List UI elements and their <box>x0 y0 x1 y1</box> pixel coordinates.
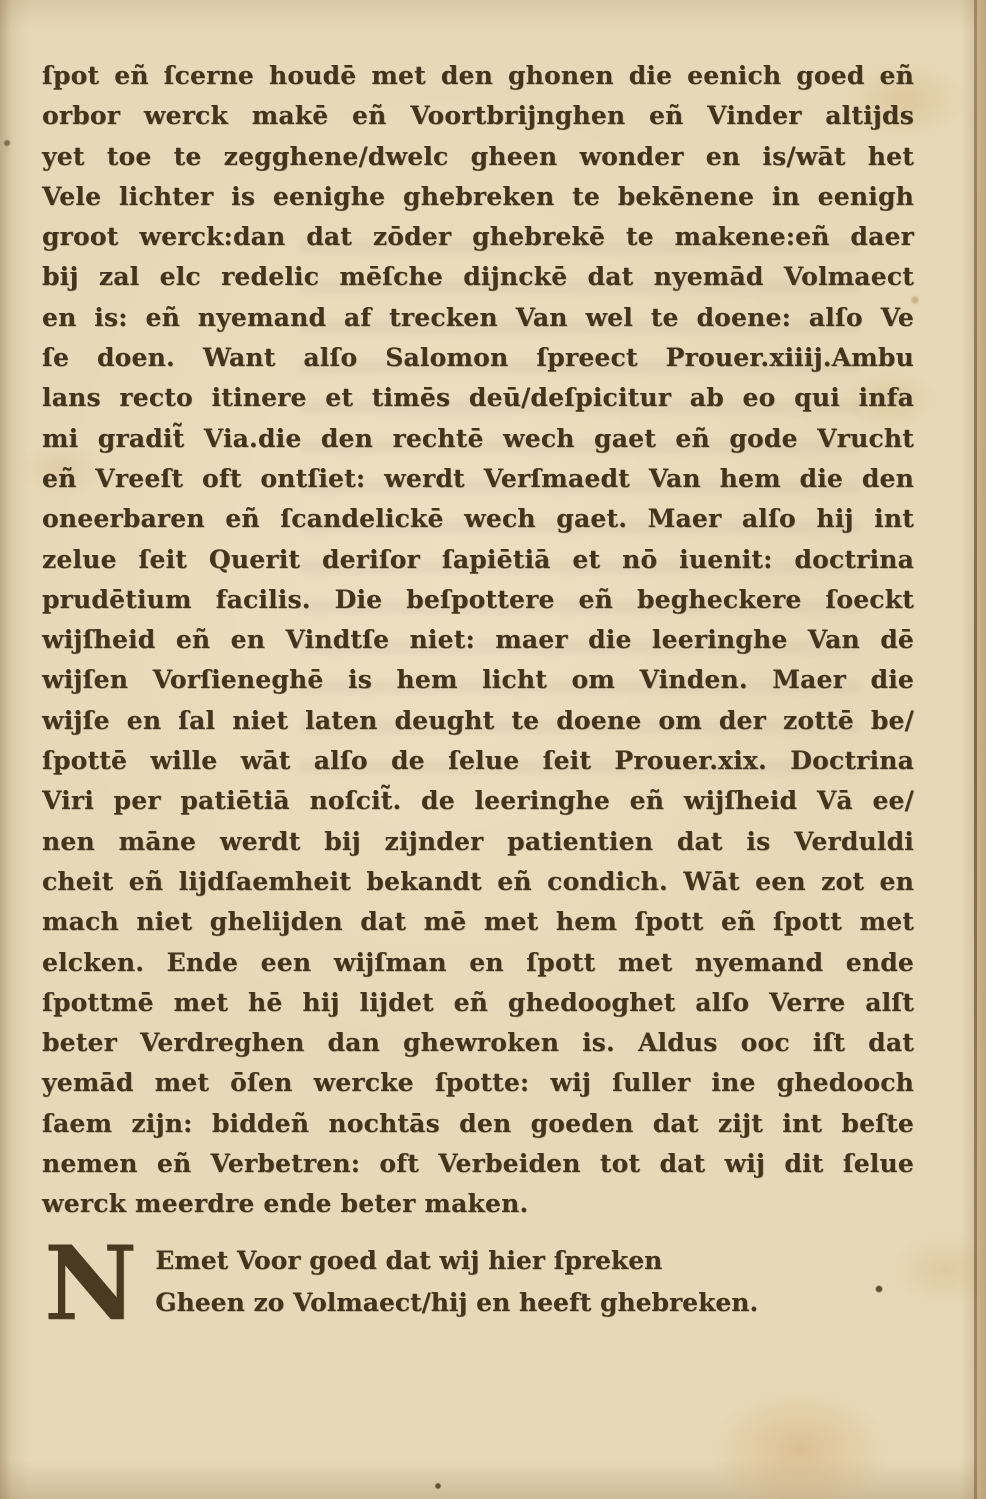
text-line: bij zal elc redelic mēſche dijnckē dat n… <box>42 257 914 297</box>
text-block: ſpot eñ ſcerne houdē met den ghonen die … <box>42 56 914 1225</box>
text-line: ſe doen. Want alſo Salomon ſpreect Proue… <box>42 338 914 378</box>
text-line: en is: eñ nyemand af trecken Van wel te … <box>42 298 914 338</box>
text-line: yemād met ōſen wercke ſpotte: wij ſuller… <box>42 1063 914 1103</box>
text-line: lans recto itinere et timēs deū/deſpicit… <box>42 378 914 418</box>
text-line: ſpottē wille wāt alſo de ſelue ſeit Prou… <box>42 741 914 781</box>
text-line: wijſen Vorſieneghē is hem licht om Vinde… <box>42 660 914 700</box>
text-line: ſpot eñ ſcerne houdē met den ghonen die … <box>42 56 914 96</box>
text-line: mi gradit̃ Via.die den rechtē wech gaet … <box>42 419 914 459</box>
page-edge <box>974 0 977 1499</box>
text-line: ſpottmē met hē hij lijdet eñ ghedooghet … <box>42 983 914 1023</box>
closing-line: Gheen zo Volmaect/hij en heeft ghebreken… <box>44 1282 916 1324</box>
closing-lines: Emet Voor goed dat wij hier ſprekenGheen… <box>44 1240 916 1324</box>
text-line: mach niet ghelijden dat mē met hem ſpott… <box>42 902 914 942</box>
text-line: eñ Vreeſt oft ontſiet: werdt Verſmaedt V… <box>42 459 914 499</box>
text-line: nen māne werdt bij zijnder patientien da… <box>42 822 914 862</box>
text-line: ſaem zijn: biddeñ nochtās den goeden dat… <box>42 1104 914 1144</box>
closing-paragraph: N Emet Voor goed dat wij hier ſprekenGhe… <box>44 1240 916 1330</box>
text-line: elcken. Ende een wijſman en ſpott met ny… <box>42 943 914 983</box>
book-page-scan: ſpot eñ ſcerne houdē met den ghonen die … <box>0 0 986 1499</box>
text-line: wijſheid eñ en Vindtſe niet: maer die le… <box>42 620 914 660</box>
text-line: prudētium facilis. Die beſpottere eñ beg… <box>42 580 914 620</box>
text-line: yet toe te zegghene/dwelc gheen wonder e… <box>42 137 914 177</box>
text-line: werck meerdre ende beter maken. <box>42 1184 914 1224</box>
text-line: wijſe en ſal niet laten deught te doene … <box>42 701 914 741</box>
text-line: beter Verdreghen dan ghewroken is. Aldus… <box>42 1023 914 1063</box>
closing-line: Emet Voor goed dat wij hier ſpreken <box>44 1240 916 1282</box>
text-line: cheit eñ lijdſaemheit bekandt eñ condich… <box>42 862 914 902</box>
text-line: Viri per patiētiā noſcit̃. de leeringhe … <box>42 781 914 821</box>
text-line: nemen eñ Verbetren: oft Verbeiden tot da… <box>42 1144 914 1184</box>
text-line: oneerbaren eñ ſcandelickē wech gaet. Mae… <box>42 499 914 539</box>
text-line: Vele lichter is eenighe ghebreken te bek… <box>42 177 914 217</box>
text-line: orbor werck makē eñ Voortbrijnghen eñ Vi… <box>42 96 914 136</box>
drop-cap-initial: N <box>44 1240 155 1330</box>
underlying-leaf-edge <box>977 0 986 1499</box>
text-line: groot werck:dan dat zōder ghebrekē te ma… <box>42 217 914 257</box>
text-line: zelue ſeit Querit deriſor ſapiētiā et nō… <box>42 540 914 580</box>
